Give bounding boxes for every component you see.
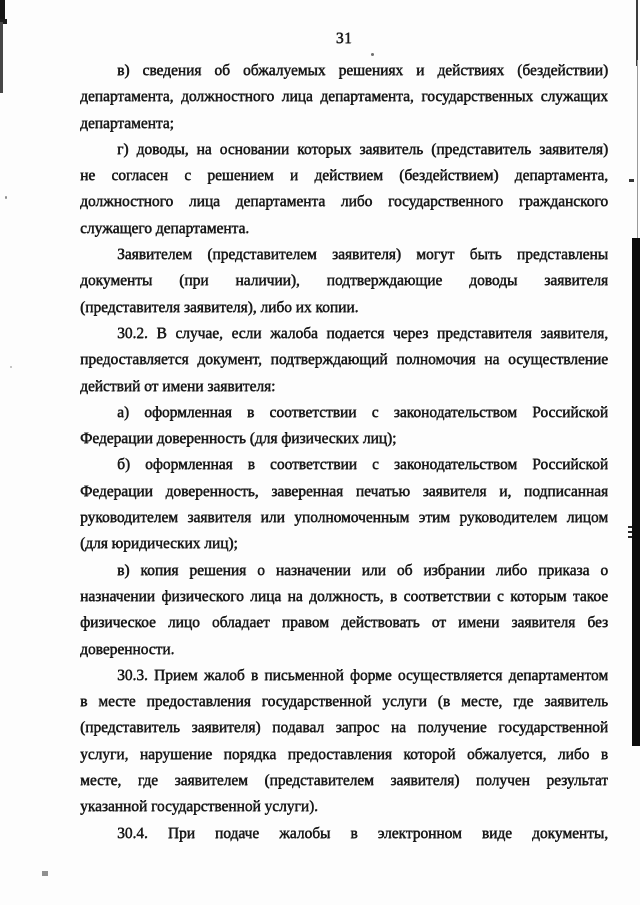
- scan-edge-notch-right: [629, 179, 634, 182]
- paragraph: в) копия решения о назначении или об изб…: [80, 558, 608, 663]
- text-line: служащего департамента.: [80, 216, 608, 242]
- scan-edge-artifact-left-top: [0, 0, 5, 24]
- text-line: в) копия решения о назначении или об изб…: [80, 558, 608, 584]
- paragraph: Заявителем (представителем заявителя) мо…: [80, 242, 608, 321]
- text-line: действий от имени заявителя:: [80, 374, 608, 400]
- scan-dash-artifact: [628, 536, 632, 538]
- scan-edge-line-right-top: [636, 0, 638, 66]
- text-line: назначении физического лица на должность…: [80, 584, 608, 610]
- text-line: указанной государственной услуги).: [80, 794, 608, 820]
- paragraph: в) сведения об обжалуемых решениях и дей…: [80, 58, 608, 137]
- text-line: месте, где заявителем (представителем за…: [80, 768, 608, 794]
- text-line: (представитель заявителя) подавал запрос…: [80, 715, 608, 741]
- paragraph: 30.4. При подаче жалобы в электронном ви…: [80, 821, 608, 847]
- text-line: Заявителем (представителем заявителя) мо…: [80, 242, 608, 268]
- text-line: документы (при наличии), подтверждающие …: [80, 268, 608, 294]
- text-line: руководителем заявителя или уполномоченн…: [80, 505, 608, 531]
- ink-speck: [5, 196, 7, 199]
- text-line: физическое лицо обладает правом действов…: [80, 610, 608, 636]
- text-line: в месте предоставления государственной у…: [80, 689, 608, 715]
- scanned-page: 31 в) сведения об обжалуемых решениях и …: [0, 0, 640, 905]
- text-line: предоставляется документ, подтверждающий…: [80, 347, 608, 373]
- ink-speck: [10, 366, 12, 368]
- paragraph: 30.3. Прием жалоб в письменной форме осу…: [80, 663, 608, 821]
- paragraph: г) доводы, на основании которых заявител…: [80, 137, 608, 242]
- paragraph: 30.2. В случае, если жалоба подается чер…: [80, 321, 608, 400]
- text-line: должностного лица департамента либо госу…: [80, 189, 608, 215]
- text-line: г) доводы, на основании которых заявител…: [80, 137, 608, 163]
- scan-edge-bar-right: [632, 238, 640, 746]
- text-line: (представителя заявителя), либо их копии…: [80, 295, 608, 321]
- scan-dash-artifact: [628, 531, 632, 533]
- document-body: в) сведения об обжалуемых решениях и дей…: [80, 58, 608, 847]
- text-line: (для юридических лиц);: [80, 531, 608, 557]
- scan-edge-artifact-left-bar: [0, 22, 3, 93]
- text-line: услуги, нарушение порядка предоставления…: [80, 742, 608, 768]
- text-line: не согласен с решением и действием (безд…: [80, 163, 608, 189]
- text-line: Федерации доверенность, заверенная печат…: [80, 479, 608, 505]
- scan-edge-line-right: [637, 60, 638, 240]
- text-line: а) оформленная в соответствии с законода…: [80, 400, 608, 426]
- paragraph: б) оформленная в соответствии с законода…: [80, 452, 608, 557]
- text-line: Федерации доверенность (для физических л…: [80, 426, 608, 452]
- text-line: департамента, должностного лица департам…: [80, 84, 608, 110]
- text-line: 30.3. Прием жалоб в письменной форме осу…: [80, 663, 608, 689]
- text-line: 30.4. При подаче жалобы в электронном ви…: [80, 821, 608, 847]
- text-line: доверенности.: [80, 637, 608, 663]
- ink-speck: [42, 871, 48, 876]
- page-number: 31: [80, 30, 608, 48]
- ink-speck: [371, 53, 374, 56]
- scan-edge-artifact-left-notch: [0, 19, 7, 24]
- scan-dash-artifact: [628, 526, 632, 528]
- paragraph: а) оформленная в соответствии с законода…: [80, 400, 608, 453]
- text-line: в) сведения об обжалуемых решениях и дей…: [80, 58, 608, 84]
- text-line: 30.2. В случае, если жалоба подается чер…: [80, 321, 608, 347]
- text-line: б) оформленная в соответствии с законода…: [80, 452, 608, 478]
- text-line: департамента;: [80, 111, 608, 137]
